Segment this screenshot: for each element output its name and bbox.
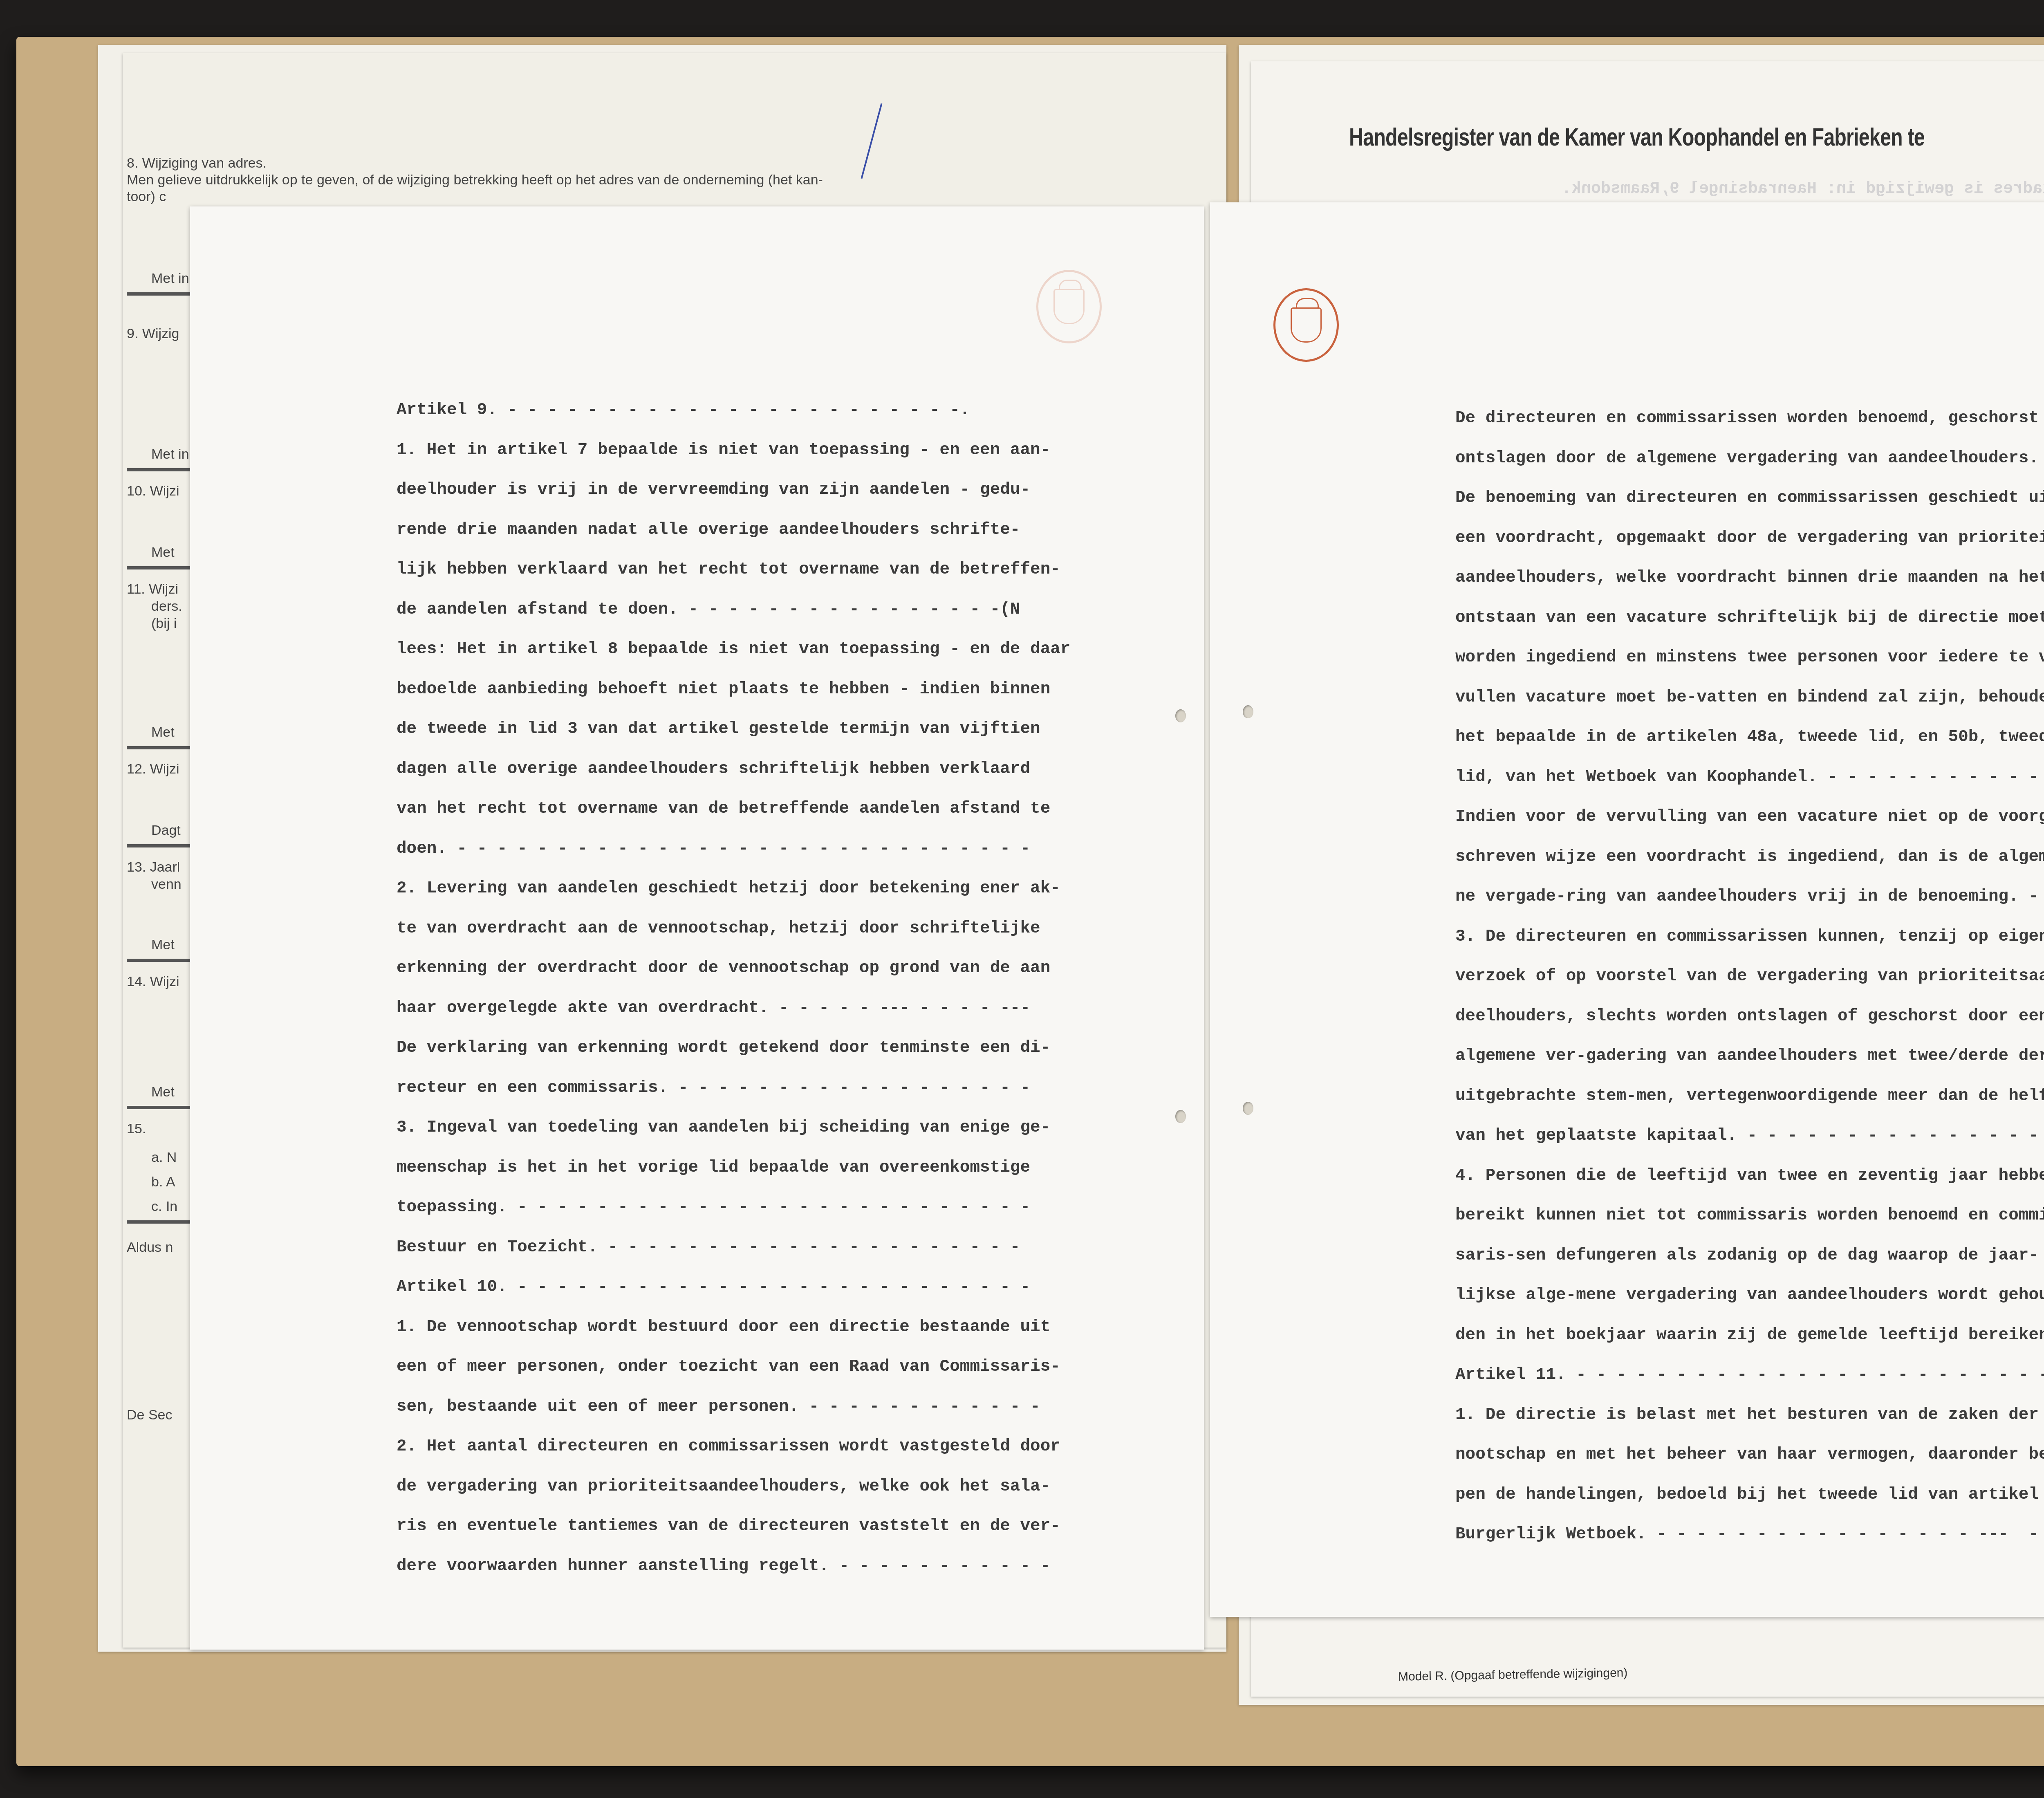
form-divider — [127, 468, 196, 471]
form-left-label: c. In — [151, 1198, 177, 1215]
deed-left-line: recteur en een commissaris. - - - - - - … — [397, 1068, 1070, 1108]
form-left-label: Met — [151, 936, 175, 954]
form-left-label: Met — [151, 1083, 175, 1101]
deed-left-line: 1. Het in artikel 7 bepaalde is niet van… — [397, 430, 1070, 471]
deed-page-right: De directeuren en commissarissen worden … — [1210, 202, 2044, 1617]
deed-left-line: De verklaring van erkenning wordt geteke… — [397, 1028, 1070, 1068]
deed-left-line: de aandelen afstand te doen. - - - - - -… — [397, 590, 1070, 630]
deed-right-line: De directeuren en commissarissen worden … — [1455, 399, 2044, 439]
deed-left-line: meenschap is het in het vorige lid bepaa… — [397, 1148, 1070, 1188]
deed-right-line: 3. De directeuren en commissarissen kunn… — [1455, 917, 2044, 957]
punch-hole — [1243, 1102, 1253, 1115]
deed-right-line: nootschap en met het beheer van haar ver… — [1455, 1435, 2044, 1475]
form-divider — [127, 566, 196, 569]
deed-right-line: ontslagen door de algemene vergadering v… — [1455, 439, 2044, 479]
form-divider — [127, 292, 196, 296]
form-left-label: De Sec — [127, 1406, 173, 1424]
form-section-8: 8. Wijziging van adres. Men gelieve uitd… — [127, 155, 372, 206]
deed-right-line: pen de handelingen, bedoeld bij het twee… — [1455, 1475, 2044, 1515]
deed-left-text: Artikel 9. - - - - - - - - - - - - - - -… — [397, 390, 1070, 1586]
form-section-8-instruction-cont: toor) c — [127, 189, 372, 205]
deed-left-line: toepassing. - - - - - - - - - - - - - - … — [397, 1188, 1070, 1228]
deed-right-line: uitgebrachte stem-men, vertegenwoordigen… — [1455, 1076, 2044, 1116]
form-left-label: 13. Jaarl — [127, 859, 180, 876]
deed-left-line: 1. De vennootschap wordt bestuurd door e… — [397, 1307, 1070, 1347]
form-divider — [127, 1106, 196, 1109]
form-left-label: a. N — [151, 1149, 177, 1166]
deed-right-line: ontstaan van een vacature schriftelijk b… — [1455, 598, 2044, 638]
deed-left-line: lees: Het in artikel 8 bepaalde is niet … — [397, 630, 1070, 670]
deed-right-line: 1. De directie is belast met het besture… — [1455, 1395, 2044, 1435]
form-divider — [127, 746, 196, 749]
deed-right-line: worden ingediend en minstens twee person… — [1455, 638, 2044, 678]
deed-left-line: sen, bestaande uit een of meer personen.… — [397, 1387, 1070, 1427]
form-left-label: Met in — [151, 270, 189, 287]
deed-right-line: bereikt kunnen niet tot commissaris word… — [1455, 1196, 2044, 1236]
register-title: Handelsregister van de Kamer van Koophan… — [1349, 123, 1925, 152]
deed-right-line: Burgerlijk Wetboek. - - - - - - - - - - … — [1455, 1515, 2044, 1555]
deed-left-line: Artikel 9. - - - - - - - - - - - - - - -… — [397, 390, 1070, 430]
deed-left-line: 3. Ingeval van toedeling van aandelen bi… — [397, 1108, 1070, 1148]
form-left-label: (bij i — [151, 615, 177, 632]
deed-right-line: Indien voor de vervulling van een vacatu… — [1455, 797, 2044, 837]
deed-right-line: 4. Personen die de leeftijd van twee en … — [1455, 1156, 2044, 1196]
deed-right-line: aandeelhouders, welke voordracht binnen … — [1455, 558, 2044, 598]
form-left-label: 10. Wijzi — [127, 482, 179, 500]
deed-right-line: van het geplaatste kapitaal. - - - - - -… — [1455, 1116, 2044, 1156]
deed-right-line: saris-sen defungeren als zodanig op de d… — [1455, 1236, 2044, 1276]
deed-page-left: Artikel 9. - - - - - - - - - - - - - - -… — [190, 206, 1204, 1650]
deed-right-line: lijkse alge-mene vergadering van aandeel… — [1455, 1276, 2044, 1316]
deed-left-line: 2. Levering van aandelen geschiedt hetzi… — [397, 869, 1070, 909]
punch-hole — [1175, 709, 1186, 722]
form-left-label: Met in — [151, 446, 189, 463]
deed-left-line: dere voorwaarden hunner aanstelling rege… — [397, 1547, 1070, 1587]
form-left-label: 15. — [127, 1120, 146, 1138]
deed-left-line: bedoelde aanbieding behoeft niet plaats … — [397, 670, 1070, 710]
deed-right-line: schreven wijze een voordracht is ingedie… — [1455, 837, 2044, 877]
deed-left-line: rende drie maanden nadat alle overige aa… — [397, 510, 1070, 550]
form-left-label: 9. Wijzig — [127, 325, 179, 343]
form-left-label: Met — [151, 724, 175, 741]
form-section-8-title: 8. Wijziging van adres. — [127, 155, 372, 171]
deed-right-line: het bepaalde in de artikelen 48a, tweede… — [1455, 717, 2044, 758]
form-left-label: 14. Wijzi — [127, 973, 179, 991]
punch-hole — [1175, 1110, 1186, 1123]
deed-right-line: De benoeming van directeuren en commissa… — [1455, 478, 2044, 518]
form-divider — [127, 844, 196, 847]
deed-right-line: ne vergade-ring van aandeelhouders vrij … — [1455, 877, 2044, 917]
deed-right-line: algemene ver-gadering van aandeelhouders… — [1455, 1036, 2044, 1076]
deed-left-line: ris en eventuele tantiemes van de direct… — [397, 1507, 1070, 1547]
deed-left-line: haar overgelegde akte van overdracht. - … — [397, 989, 1070, 1029]
deed-right-line: Artikel 11. - - - - - - - - - - - - - - … — [1455, 1355, 2044, 1395]
form-divider — [127, 1220, 196, 1224]
deed-right-line: een voordracht, opgemaakt door de vergad… — [1455, 518, 2044, 558]
form-left-label: 11. Wijzi — [127, 581, 178, 598]
form-left-label: b. A — [151, 1173, 175, 1191]
deed-left-line: 2. Het aantal directeuren en commissaris… — [397, 1427, 1070, 1467]
deed-right-line: deelhouders, slechts worden ontslagen of… — [1455, 997, 2044, 1037]
form-divider — [127, 959, 196, 962]
form-section-8-instruction: Men gelieve uitdrukkelijk op te geven, o… — [127, 172, 372, 188]
deed-left-line: een of meer personen, onder toezicht van… — [397, 1347, 1070, 1387]
deed-right-line: verzoek of op voorstel van de vergaderin… — [1455, 957, 2044, 997]
deed-right-text: De directeuren en commissarissen worden … — [1455, 399, 2044, 1555]
deed-right-line: lid, van het Wetboek van Koophandel. - -… — [1455, 758, 2044, 798]
deed-left-line: deelhouder is vrij in de vervreemding va… — [397, 470, 1070, 510]
deed-right-line: den in het boekjaar waarin zij de gemeld… — [1455, 1316, 2044, 1356]
form-left-label: 12. Wijzi — [127, 760, 179, 778]
deed-left-line: te van overdracht aan de vennootschap, h… — [397, 909, 1070, 949]
deed-left-line: Bestuur en Toezicht. - - - - - - - - - -… — [397, 1228, 1070, 1268]
deed-left-line: de tweede in lid 3 van dat artikel geste… — [397, 709, 1070, 749]
deed-right-line: vullen vacature moet be-vatten en binden… — [1455, 678, 2044, 718]
form-left-label: Dagt — [151, 822, 181, 839]
deed-left-line: de vergadering van prioriteitsaandeelhou… — [397, 1467, 1070, 1507]
show-through-text: Het zakadres is gewijzigd in: Haenradsin… — [1562, 180, 2044, 198]
seal-faint-icon — [1036, 270, 1102, 343]
deed-left-line: dagen alle overige aandeelhouders schrif… — [397, 749, 1070, 789]
deed-left-line: Artikel 10. - - - - - - - - - - - - - - … — [397, 1267, 1070, 1307]
deed-left-line: doen. - - - - - - - - - - - - - - - - - … — [397, 829, 1070, 869]
form-left-label: venn — [151, 876, 182, 893]
punch-hole — [1243, 705, 1253, 718]
deed-left-line: erkenning der overdracht door de vennoot… — [397, 948, 1070, 989]
form-left-label: Met — [151, 544, 175, 561]
form-left-label: ders. — [151, 598, 182, 615]
deed-left-line: van het recht tot overname van de betref… — [397, 789, 1070, 829]
notary-seal-icon — [1273, 288, 1339, 362]
form-left-label: Aldus n — [127, 1239, 173, 1256]
deed-left-line: lijk hebben verklaard van het recht tot … — [397, 550, 1070, 590]
